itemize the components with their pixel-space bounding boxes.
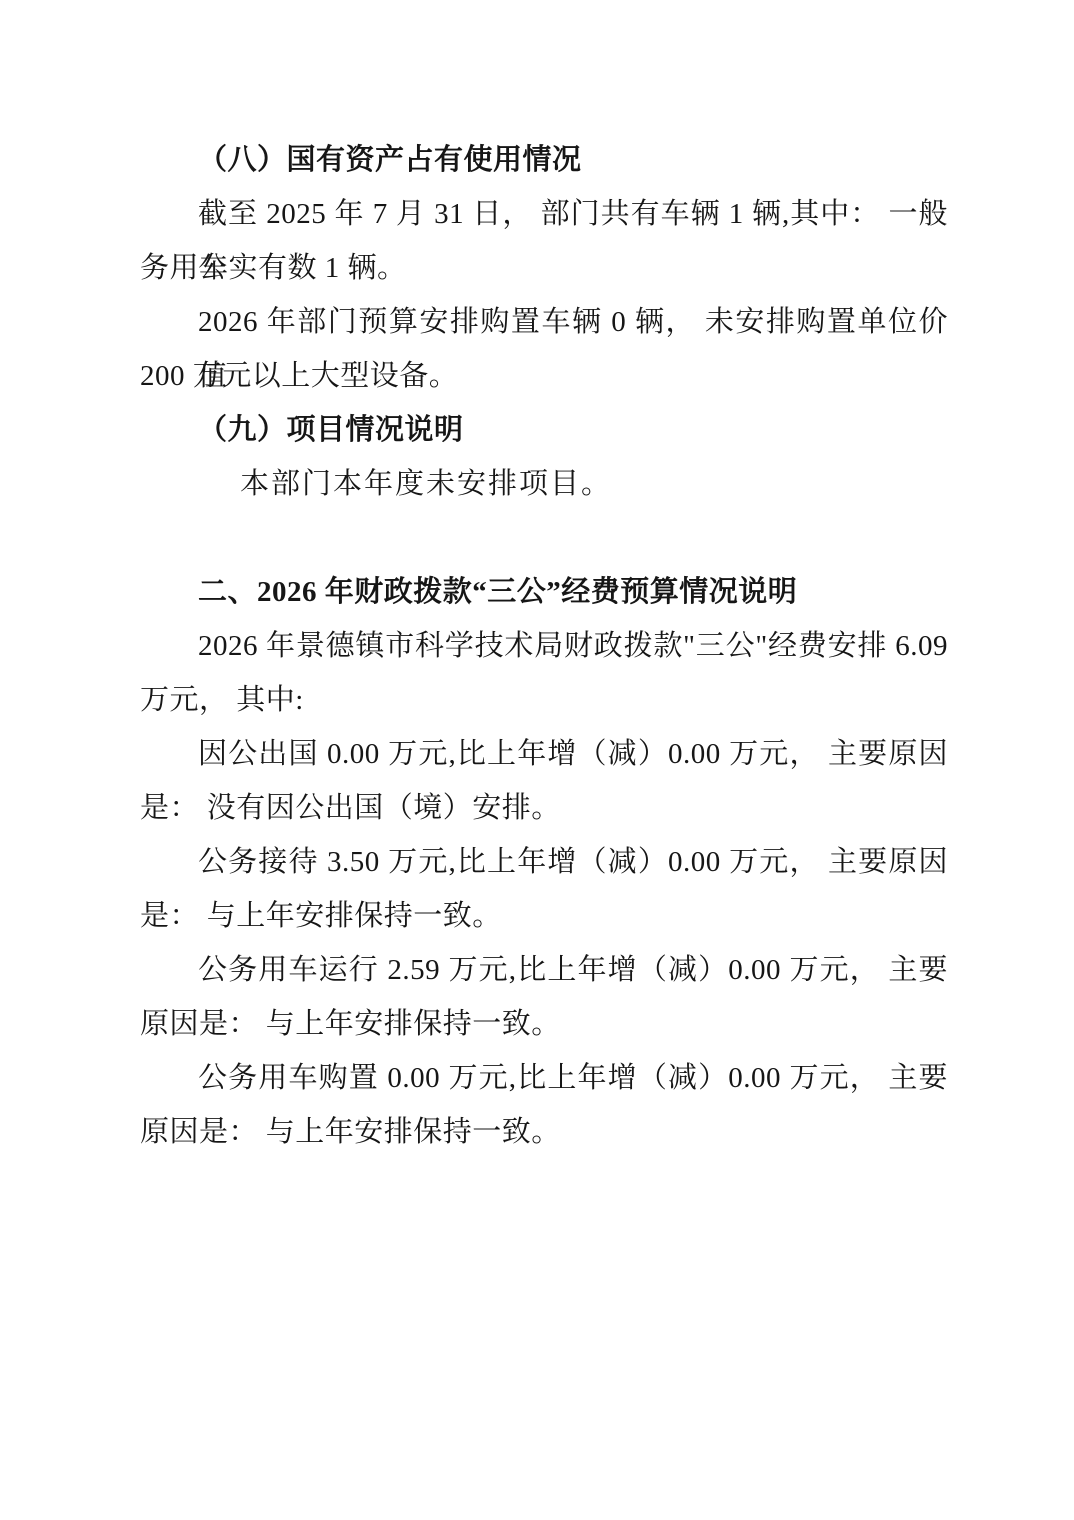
para-vehicle-operation-line-2: 原因是： 与上年安排保持一致。 <box>140 997 948 1051</box>
para-no-projects-line-1: 本部门本年度未安排项目。 <box>140 457 948 511</box>
document-body: （八）国有资产占有使用情况 截至 2025 年 7 月 31 日， 部门共有车辆… <box>140 133 948 1159</box>
para-official-reception-line-2: 是： 与上年安排保持一致。 <box>140 889 948 943</box>
heading-state-assets: （八）国有资产占有使用情况 <box>140 133 948 187</box>
para-equipment-line-2: 200 万元以上大型设备。 <box>140 349 948 403</box>
para-overseas-travel-line-2: 是： 没有因公出国（境）安排。 <box>140 781 948 835</box>
para-vehicles-line-2: 务用车实有数 1 辆。 <box>140 241 948 295</box>
document-page: （八）国有资产占有使用情况 截至 2025 年 7 月 31 日， 部门共有车辆… <box>0 0 1074 1520</box>
para-vehicle-purchase-line-2: 原因是： 与上年安排保持一致。 <box>140 1105 948 1159</box>
para-vehicle-purchase-line-1: 公务用车购置 0.00 万元,比上年增（减）0.00 万元， 主要 <box>140 1051 948 1105</box>
para-total-funds-line-1: 2026 年景德镇市科学技术局财政拨款"三公"经费安排 6.09 <box>140 619 948 673</box>
para-vehicles-line-1: 截至 2025 年 7 月 31 日， 部门共有车辆 1 辆,其中： 一般公 <box>140 187 948 241</box>
para-total-funds-line-2: 万元， 其中: <box>140 673 948 727</box>
para-overseas-travel-line-1: 因公出国 0.00 万元,比上年增（减）0.00 万元， 主要原因 <box>140 727 948 781</box>
blank-line <box>140 511 948 565</box>
para-equipment-line-1: 2026 年部门预算安排购置车辆 0 辆， 未安排购置单位价值 <box>140 295 948 349</box>
heading-projects: （九）项目情况说明 <box>140 403 948 457</box>
para-vehicle-operation-line-1: 公务用车运行 2.59 万元,比上年增（减）0.00 万元， 主要 <box>140 943 948 997</box>
heading-three-public-funds: 二、2026 年财政拨款“三公”经费预算情况说明 <box>140 565 948 619</box>
para-official-reception-line-1: 公务接待 3.50 万元,比上年增（减）0.00 万元， 主要原因 <box>140 835 948 889</box>
